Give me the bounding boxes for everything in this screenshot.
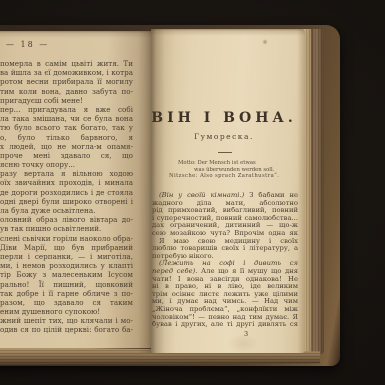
left-page-line: рально! Її пишний, щовковий стрій: [0, 280, 133, 289]
left-page-line: еним душевного супокою!: [0, 307, 133, 316]
left-page-line: одні двері були широко отворені і: [0, 197, 133, 206]
left-page-line: Діви Марії, що був прибраний стрі-: [0, 243, 133, 252]
left-page-text-block: померла в самім цьвіті житя. Ти ва йшла …: [0, 59, 133, 335]
left-page: — 18 — померла в самім цьвіті житя. Ти в…: [0, 31, 151, 348]
left-page-line: так добре і її гарне обличе з по-: [0, 289, 133, 298]
motto-attribution: Nitzsche: Also sprach Zarathustra“.: [168, 173, 284, 180]
left-page-line: ва йшла за єї доможивком, і котра: [0, 68, 133, 77]
left-page-line: ла така змішана, чи се була вона: [0, 114, 133, 123]
body-line: (Він у своїй кімнаті.) З бабами не хочу: [152, 192, 298, 200]
left-page-line: разом, що здавало ся таким задово-: [0, 298, 133, 307]
body-text: потребую нікого.: [152, 253, 214, 260]
left-page-line: ла була дуже осьвітлена.: [0, 206, 133, 215]
left-page-line: пер... пригадувала я вже собі щось...: [0, 105, 133, 114]
left-page-line: слені сьвічки горіли наоколо обра-: [0, 234, 133, 243]
body-line: рід примховатий, вибагливий, повний прет…: [152, 207, 298, 215]
left-page-line: де дороги розходились і де стояла: [0, 188, 133, 197]
motto-line: Motto: Der Mensch ist etwas: [168, 160, 284, 167]
body-line: потребую нікого.: [152, 253, 298, 261]
motto-block: Motto: Der Mensch ist etwas was überwund…: [168, 160, 284, 180]
left-page-line: о, було тілько барвного, я стрічало: [0, 133, 133, 142]
body-line: трім осіннє листє лежить уже цілими верс…: [152, 291, 298, 299]
stage-direction: (Лежить на софі і дивить ся задумчиво: [152, 260, 298, 268]
body-line: жадного діла мати, абсолютно жадного! Се…: [152, 200, 298, 208]
left-page-line: померла в самім цьвіті житя. Ти: [0, 59, 133, 68]
body-text: рід примховатий, вибагливий, повний прет…: [152, 207, 298, 215]
body-text: жадного діла мати, абсолютно жадного! Се…: [152, 200, 298, 208]
body-line: ні в право, ні в ліво, іде великим парко…: [152, 283, 298, 291]
left-page-line: оловний образ лівого вівтара до-: [0, 215, 133, 224]
left-page-line: тим коли вона, давно забута по-: [0, 87, 133, 96]
left-page-line: жний шепіт тих, що клячали і мо-: [0, 316, 133, 325]
body-line: дах ограничений, дитинний — що-ж мені з …: [152, 222, 298, 230]
body-line: (Лежить на софі і дивить ся задумчиво: [152, 260, 298, 268]
body-text: бував і других, але ті другі дивлять ся …: [152, 321, 298, 329]
right-page: ВІН І ВОНА. Гумореска. Motto: Der Mensch…: [151, 29, 305, 353]
left-page-line: разу вертала я вільною ходою: [0, 169, 133, 178]
left-page-line: ув так пишно осьвітлений.: [0, 224, 133, 233]
body-text: ні в право, ні в ліво, іде великим парко…: [152, 283, 298, 291]
story-title: ВІН І ВОНА.: [151, 110, 297, 126]
body-text: і суперечностий, повний самолюбства... В…: [152, 215, 298, 223]
left-page-line: проче мені здавало ся, що находжу: [0, 151, 133, 160]
body-text: чати! І вона завсігди однакова! Не дивит…: [152, 276, 298, 284]
body-text: „Жіноча проблєма“, „конфлїкти між жінкою…: [152, 306, 298, 314]
left-page-line: тю було всього так богато, так у: [0, 123, 133, 132]
body-line: сею мозайкою чута? Впрочім одна як друга…: [152, 230, 298, 238]
body-line: чоловіком“! — певно над тим думає. Я под…: [152, 314, 298, 322]
body-line: бував і других, але ті другі дивлять ся …: [152, 321, 298, 329]
body-line: люблю товаришів своїх і літературу, а бі…: [152, 245, 298, 253]
signature-mark: 3: [244, 330, 248, 338]
body-line: чати! І вона завсігди однакова! Не дивит…: [152, 276, 298, 284]
body-text: люблю товаришів своїх і літературу, а бі…: [152, 245, 298, 253]
left-page-number: — 18 —: [6, 40, 49, 49]
body-text: дах ограничений, дитинний — що-ж мені з …: [152, 222, 298, 230]
story-subtitle: Гумореска.: [151, 132, 297, 141]
left-page-line: ми, і немов розходились у клапті: [0, 261, 133, 270]
title-divider-rule: [218, 152, 232, 153]
left-page-line: ясню точку опору...: [0, 160, 133, 169]
right-page-text-block: (Він у своїй кімнаті.) З бабами не хочу …: [152, 192, 298, 329]
left-page-line: тір Божу з малесеньким Ісусом видно: [0, 270, 133, 279]
body-line: „Жіноча проблєма“, „конфлїкти між жінкою…: [152, 306, 298, 314]
stage-direction: (Він у своїй кімнаті.): [159, 192, 244, 199]
photo-open-book: — 18 — померла в самім цьвіті житя. Ти в…: [0, 0, 385, 385]
body-line: ми, і думає над чимсь. — Над чим думає?: [152, 298, 298, 306]
body-text: Я маю свою медицину і своїх пациєнтів;: [152, 238, 298, 246]
left-page-line: ротом весни прибирала її могилу: [0, 77, 133, 86]
body-line: і суперечностий, повний самолюбства... В…: [152, 215, 298, 223]
left-page-line: перли і серпанки, — і миготіла,: [0, 252, 133, 261]
left-page-line: оїх звичайних проходів, і минала: [0, 178, 133, 187]
left-page-line: х людей, що не могла-м опамя-: [0, 142, 133, 151]
body-text: ми, і думає над чимсь. — Над чим думає?: [152, 298, 298, 306]
left-page-line: пригадуєш собі мене!: [0, 96, 133, 105]
body-text: чоловіком“! — певно над тим думає. Я под…: [152, 314, 298, 322]
body-line: перед себе). Але що я її мушу що дня стр…: [152, 268, 298, 276]
body-text: сею мозайкою чута? Впрочім одна як друга…: [152, 230, 298, 238]
left-page-line: одив ся по цілій церкві: богато ба-: [0, 325, 133, 334]
body-line: Я маю свою медицину і своїх пациєнтів;: [152, 238, 298, 246]
body-text: трім осіннє листє лежить уже цілими верс…: [152, 291, 298, 299]
